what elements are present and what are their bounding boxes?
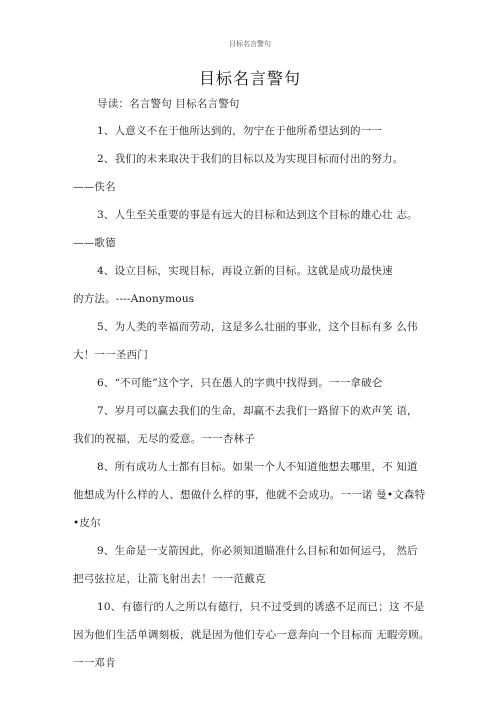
text-line: 大！一一圣西门 — [73, 347, 148, 362]
text-line: 因为他们生活单调刻板，就是因为他们专心一意奔向一个目标而 无暇旁顾。 — [73, 627, 430, 642]
intro-line: 导读：名言警句 目标名言警句 — [97, 96, 240, 111]
text-line: 9、生命是一支箭因此，你必须知道瞄准什么目标和如何运弓， 然后 — [97, 543, 418, 558]
page-title: 目标名言警句 — [0, 66, 500, 89]
text-line: 一一邓肯 — [73, 655, 116, 670]
text-line: 3、人生至关重要的事是有远大的目标和达到这个目标的雄心壮 志。 — [97, 207, 418, 222]
text-line: 10、有德行的人之所以有德行，只不过受到的诱惑不足而已；这 不是 — [97, 599, 425, 614]
text-line: 2、我们的未来取决于我们的目标以及为实现目标而付出的努力。 — [97, 151, 403, 166]
text-line: 他想成为什么样的人、想做什么样的事，他就不会成功。一一诺 曼•文森特 — [73, 487, 425, 502]
text-line: 4、设立目标，实现目标，再设立新的目标。这就是成功最快速 — [97, 263, 393, 278]
text-line: ——佚名 — [73, 179, 116, 194]
text-line: 把弓弦拉足，让箭飞射出去！一一范戴克 — [73, 571, 266, 586]
text-line: 的方法。----Anonymous — [73, 291, 194, 306]
text-line: 7、岁月可以赢去我们的生命，却赢不去我们一路留下的欢声笑 语， — [97, 403, 418, 418]
text-line: 1、人意义不在于他所达到的，勿宁在于他所希望达到的一一 — [97, 123, 382, 138]
text-line: 我们的祝福，无尽的爱意。一一杏林子 — [73, 431, 255, 446]
text-line: 8、所有成功人士都有目标。如果一个人不知道他想去哪里，不 知道 — [97, 459, 418, 474]
text-line: ——歌德 — [73, 235, 116, 250]
text-line: •皮尔 — [73, 515, 101, 530]
text-line: 6、“不可能”这个字，只在愚人的字典中找得到。一一拿破仑 — [97, 375, 383, 390]
running-header: 目标名言警句 — [0, 39, 500, 49]
text-line: 5、为人类的幸福而劳动，这是多么壮丽的事业，这个目标有多 么伟 — [97, 319, 418, 334]
